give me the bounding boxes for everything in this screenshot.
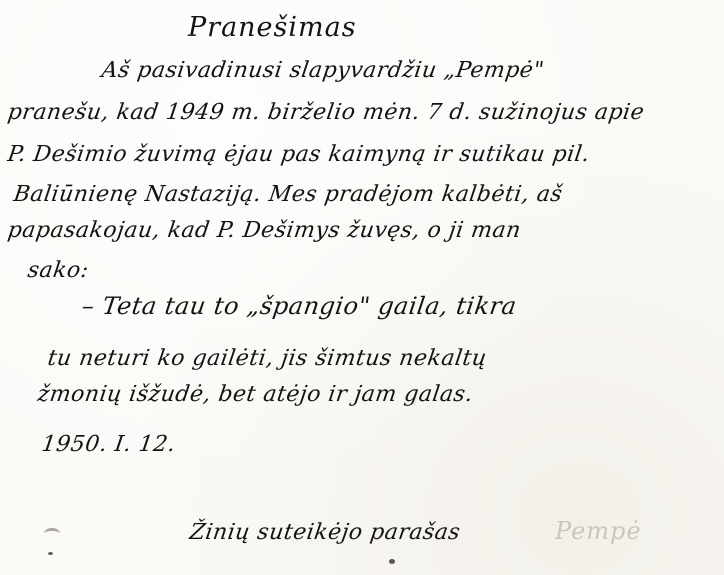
body-line-5: papasakojau, kad P. Dešimys žuvęs, o ji … <box>6 218 523 243</box>
paper-background <box>0 0 724 575</box>
body-line-3: P. Dešimio žuvimą ėjau pas kaimyną ir su… <box>6 142 591 167</box>
document-title: Pranešimas <box>188 12 357 43</box>
body-line-1: Aš pasivadinusi slapyvardžiu „Pempė" <box>100 58 546 83</box>
body-line-4: Baliūnienę Nastaziją. Mes pradėjom kalbė… <box>12 182 564 207</box>
paper-stain-mark <box>44 528 60 539</box>
body-line-6: sako: <box>26 258 90 283</box>
quote-line-2: tu neturi ko gailėti, jis šimtus nekaltų <box>46 346 488 371</box>
document-date: 1950. I. 12. <box>40 432 177 457</box>
body-line-2: pranešu, kad 1949 m. birželio mėn. 7 d. … <box>6 100 646 125</box>
signature-label: Žinių suteikėjo parašas <box>188 520 462 545</box>
paper-ink-dot <box>389 559 395 564</box>
signature-faint: Pempė <box>555 517 642 545</box>
quote-line-3: žmonių išžudė, bet atėjo ir jam galas. <box>36 382 475 407</box>
paper-stain-dot <box>48 552 53 555</box>
quote-line-1: – Teta tau to „špangio" gaila, tikra <box>80 292 519 320</box>
